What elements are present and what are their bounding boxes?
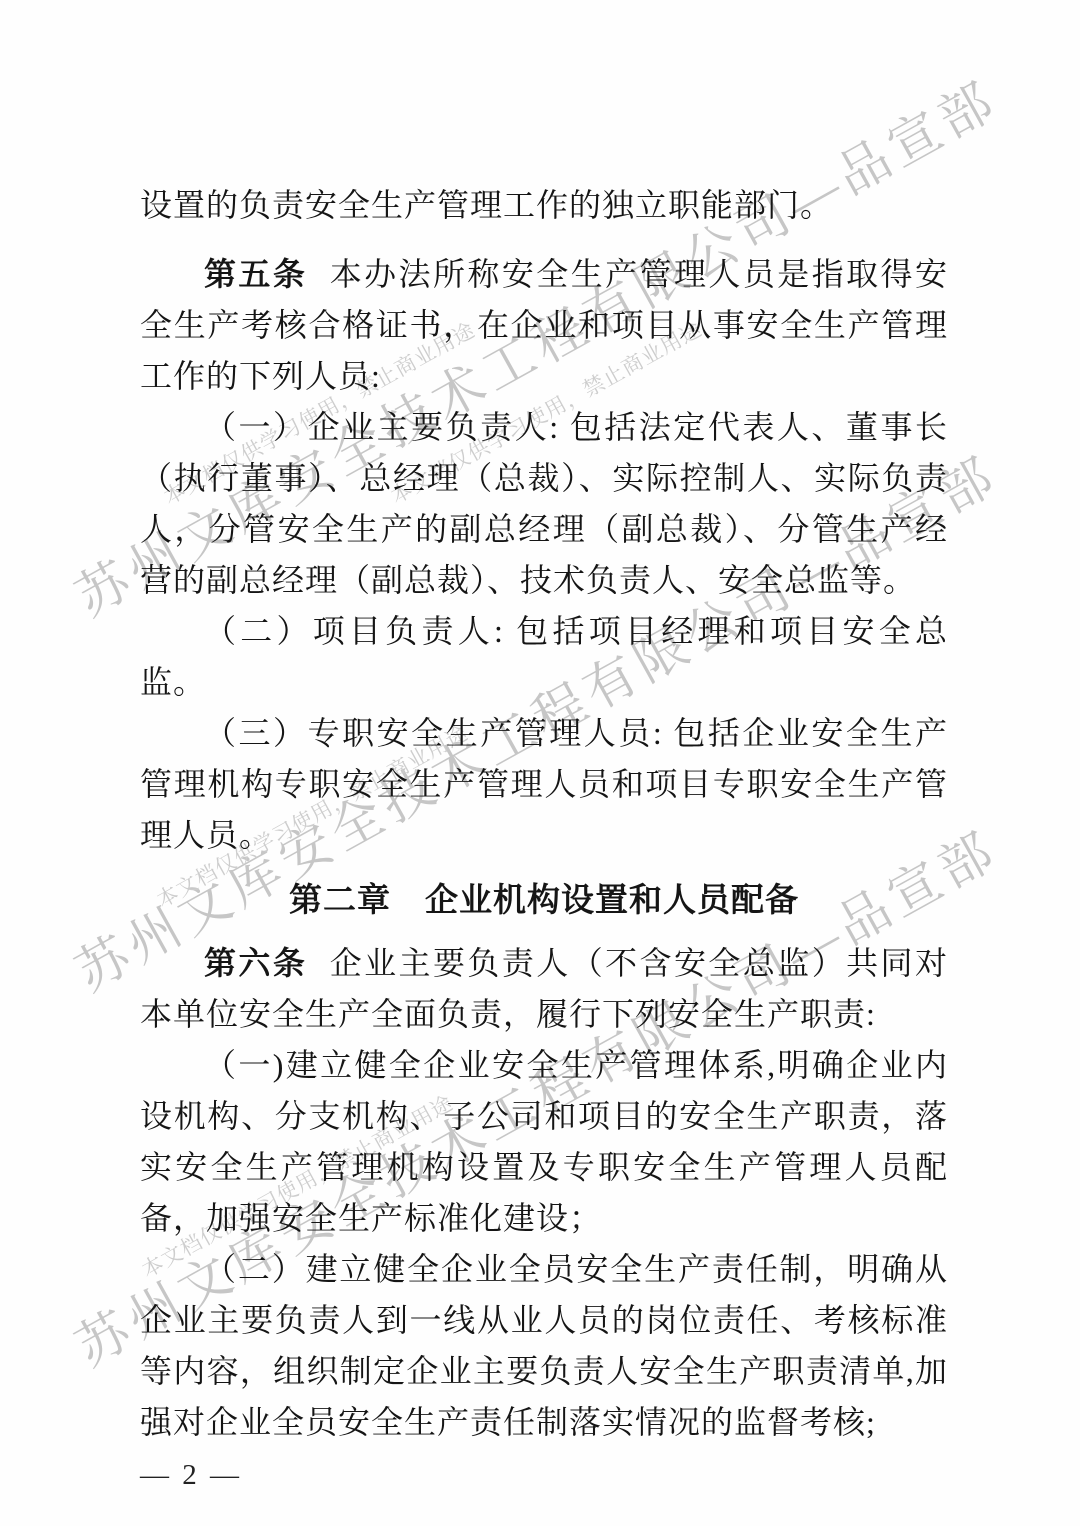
paragraph-article-5: 第五条本办法所称安全生产管理人员是指取得安全生产考核合格证书，在企业和项目从事安… <box>140 249 948 402</box>
paragraph-text: （一）企业主要负责人: 包括法定代表人、董事长（执行董事）、总经理（总裁）、实际… <box>140 409 948 598</box>
chapter-heading: 第二章 企业机构设置和人员配备 <box>140 874 948 925</box>
article-number-label: 第五条 <box>204 256 307 292</box>
paragraph-duty-1: （一)建立健全企业安全生产管理体系,明确企业内设机构、分支机构、子公司和项目的安… <box>140 1040 948 1244</box>
paragraph-text: 设置的负责安全生产管理工作的独立职能部门。 <box>140 187 833 223</box>
paragraph-text: （二）建立健全企业全员安全生产责任制，明确从企业主要负责人到一线从业人员的岗位责… <box>140 1251 948 1440</box>
paragraph-item-1: （一）企业主要负责人: 包括法定代表人、董事长（执行董事）、总经理（总裁）、实际… <box>140 402 948 606</box>
paragraph-item-3: （三）专职安全生产管理人员: 包括企业安全生产管理机构专职安全生产管理人员和项目… <box>140 708 948 861</box>
document-content: 设置的负责安全生产管理工作的独立职能部门。 第五条本办法所称安全生产管理人员是指… <box>140 180 948 1500</box>
page-number: — 2 — <box>140 1450 948 1500</box>
article-number-label: 第六条 <box>204 945 307 981</box>
paragraph-item-2: （二）项目负责人: 包括项目经理和项目安全总监。 <box>140 606 948 708</box>
paragraph-text: （一)建立健全企业安全生产管理体系,明确企业内设机构、分支机构、子公司和项目的安… <box>140 1047 948 1236</box>
document-page: 苏州文库安全技术工程有限公司—品宣部 苏州文库安全技术工程有限公司—品宣部 苏州… <box>0 0 1080 1526</box>
paragraph-text: （三）专职安全生产管理人员: 包括企业安全生产管理机构专职安全生产管理人员和项目… <box>140 715 948 853</box>
paragraph-duty-2: （二）建立健全企业全员安全生产责任制，明确从企业主要负责人到一线从业人员的岗位责… <box>140 1244 948 1448</box>
paragraph-continuation: 设置的负责安全生产管理工作的独立职能部门。 <box>140 180 948 231</box>
paragraph-text: （二）项目负责人: 包括项目经理和项目安全总监。 <box>140 613 948 700</box>
paragraph-article-6: 第六条企业主要负责人（不含安全总监）共同对本单位安全生产全面负责，履行下列安全生… <box>140 938 948 1040</box>
